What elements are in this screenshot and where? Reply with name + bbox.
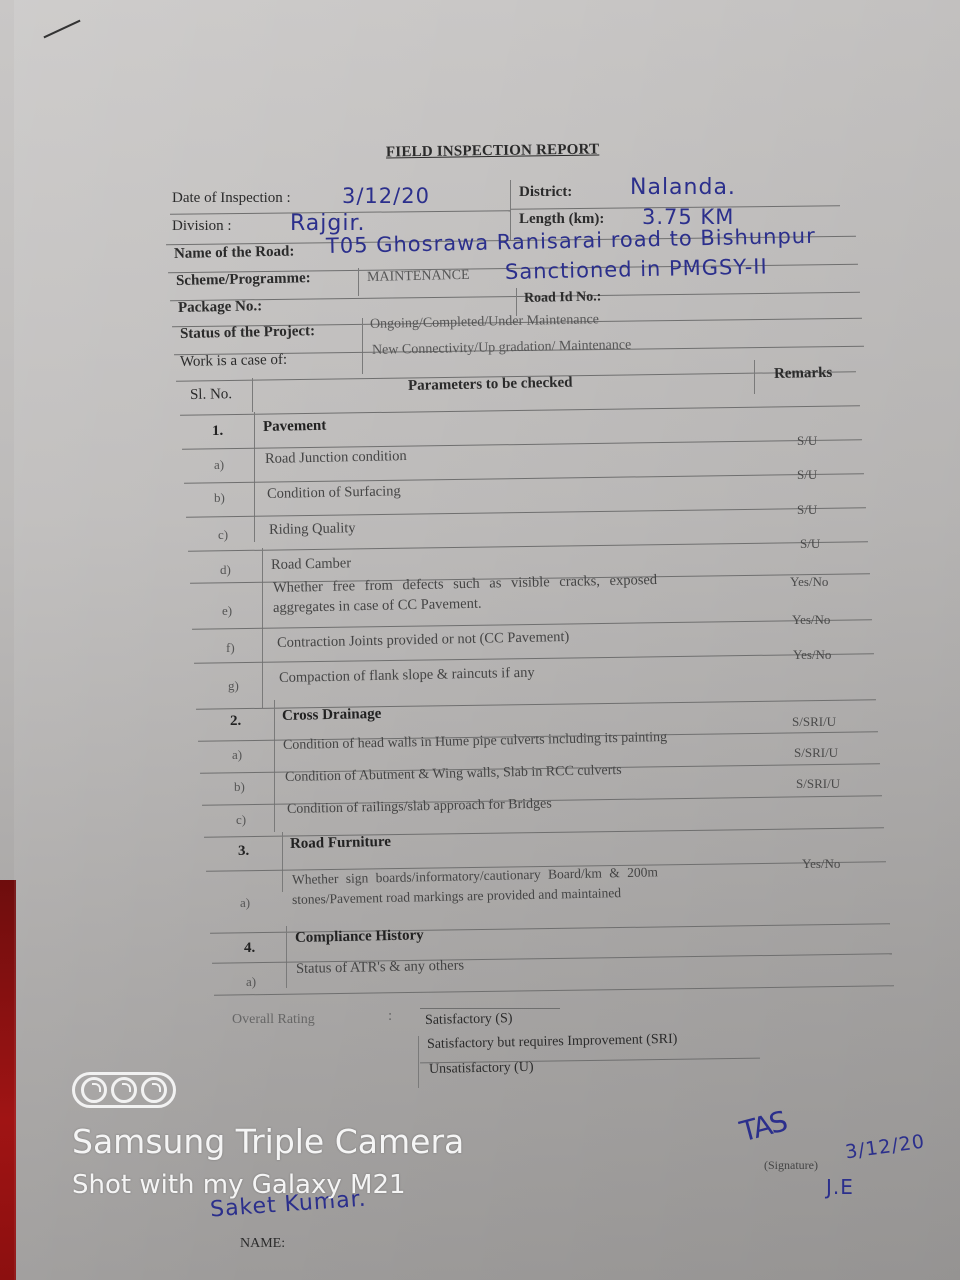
param-riding-quality: Riding Quality <box>269 520 356 539</box>
row-sl: e) <box>222 603 232 619</box>
signature-designation: J.E <box>826 1175 854 1199</box>
remark-contraction-joints: Yes/No <box>792 612 830 628</box>
row-sl: a) <box>214 457 224 473</box>
divider <box>420 1008 560 1009</box>
date-label: Date of Inspection : <box>172 190 291 207</box>
road-name-label: Name of the Road: <box>174 243 295 263</box>
work-case-options: New Connectivity/Up gradation/ Maintenan… <box>372 338 632 359</box>
name-label: NAME: <box>240 1236 285 1252</box>
section-4-title: Compliance History <box>295 927 424 947</box>
divider <box>254 412 255 542</box>
signature-scribble: TAS <box>737 1105 790 1149</box>
scheme-printed: MAINTENANCE <box>367 268 470 286</box>
param-contraction-joints: Contraction Joints provided or not (CC P… <box>277 629 570 652</box>
col-params-header: Parameters to be checked <box>408 375 573 395</box>
row-sl: b) <box>214 490 225 506</box>
date-value: 3/12/20 <box>342 184 430 208</box>
col-remarks-header: Remarks <box>774 365 833 383</box>
row-sl: c) <box>236 812 246 828</box>
divider <box>282 832 283 892</box>
status-options: Ongoing/Completed/Under Maintenance <box>370 312 599 333</box>
row-sl: b) <box>234 779 245 795</box>
remark-abutment: S/SRI/U <box>794 745 838 761</box>
rating-option-unsatisfactory: Unsatisfactory (U) <box>429 1060 534 1078</box>
camera-lens-icon <box>81 1077 107 1103</box>
section-2-number: 2. <box>230 713 241 730</box>
report-title: FIELD INSPECTION REPORT <box>386 142 599 162</box>
rating-option-satisfactory: Satisfactory (S) <box>425 1011 513 1029</box>
section-1-title: Pavement <box>263 418 327 436</box>
camera-watermark <box>72 1072 176 1108</box>
remark-defects: Yes/No <box>790 574 828 590</box>
watermark-line2: Shot with my Galaxy M21 <box>72 1170 406 1200</box>
param-defects-line1: Whether free from defects such as visibl… <box>273 572 657 597</box>
remark-sign-boards: Yes/No <box>802 856 840 872</box>
rating-option-sri: Satisfactory but requires Improvement (S… <box>427 1032 678 1053</box>
section-3-number: 3. <box>238 843 249 860</box>
divider <box>186 507 866 517</box>
division-label: Division : <box>172 218 232 235</box>
col-sl-header: Sl. No. <box>190 386 232 404</box>
road-id-label: Road Id No.: <box>524 289 602 307</box>
remark-head-walls: S/SRI/U <box>792 714 836 730</box>
param-road-junction: Road Junction condition <box>265 448 407 468</box>
param-railings: Condition of railings/slab approach for … <box>287 796 552 818</box>
triple-camera-icon <box>72 1072 176 1108</box>
division-value: Rajgir. <box>290 211 366 236</box>
row-sl: a) <box>246 974 256 990</box>
divider <box>516 288 517 316</box>
district-value: Nalanda. <box>630 175 736 200</box>
param-flank-slope: Compaction of flank slope & raincuts if … <box>279 665 535 687</box>
scheme-label: Scheme/Programme: <box>176 270 311 290</box>
camera-lens-icon <box>141 1077 167 1103</box>
divider <box>358 268 359 296</box>
row-sl: a) <box>240 895 250 911</box>
row-sl: c) <box>218 527 228 543</box>
district-label: District: <box>519 184 572 201</box>
divider <box>188 541 868 551</box>
length-label: Length (km): <box>519 211 604 228</box>
divider <box>192 619 872 629</box>
row-sl: f) <box>226 640 235 656</box>
param-abutment: Condition of Abutment & Wing walls, Slab… <box>285 763 622 786</box>
watermark-line1: Samsung Triple Camera <box>72 1122 464 1161</box>
remark-riding-quality: S/U <box>797 502 817 518</box>
divider <box>274 700 275 832</box>
divider <box>180 405 860 415</box>
section-2-title: Cross Drainage <box>282 706 382 725</box>
divider <box>286 926 287 988</box>
divider <box>754 360 755 394</box>
divider <box>182 439 862 449</box>
scheme-value: Sanctioned in PMGSY-II <box>505 255 768 284</box>
work-case-label: Work is a case of: <box>180 352 287 371</box>
param-atr-status: Status of ATR's & any others <box>296 957 464 978</box>
divider <box>362 318 363 374</box>
param-defects-line2: aggregates in case of CC Pavement. <box>273 596 482 617</box>
package-label: Package No.: <box>178 298 262 317</box>
camera-lens-icon <box>111 1077 137 1103</box>
divider <box>170 292 860 301</box>
section-1-number: 1. <box>212 423 223 440</box>
divider <box>252 378 253 412</box>
section-4-number: 4. <box>244 940 255 957</box>
remark-surfacing: S/U <box>797 467 817 483</box>
road-name-value: T05 Ghosrawa Ranisarai road to Bishunpur <box>326 224 816 258</box>
signature-label: (Signature) <box>764 1158 818 1173</box>
param-sign-boards-line2: stones/Pavement road markings are provid… <box>292 885 621 908</box>
overall-rating-colon: : <box>388 1008 392 1025</box>
remark-road-junction: S/U <box>797 433 817 449</box>
remark-road-camber: S/U <box>800 536 820 552</box>
signature-date: 3/12/20 <box>844 1131 927 1164</box>
divider <box>194 653 874 663</box>
remark-railings: S/SRI/U <box>796 776 840 792</box>
param-head-walls: Condition of head walls in Hume pipe cul… <box>283 730 667 754</box>
section-3-title: Road Furniture <box>290 834 391 853</box>
param-road-camber: Road Camber <box>271 555 351 574</box>
divider <box>418 1036 419 1088</box>
overall-rating-label: Overall Rating <box>232 1012 315 1028</box>
row-sl: a) <box>232 747 242 763</box>
status-label: Status of the Project: <box>180 323 315 343</box>
param-surfacing: Condition of Surfacing <box>267 483 401 503</box>
divider <box>184 473 864 483</box>
divider <box>214 985 894 995</box>
row-sl: d) <box>220 562 231 578</box>
row-sl: g) <box>228 678 239 694</box>
remark-flank-slope: Yes/No <box>793 647 831 663</box>
